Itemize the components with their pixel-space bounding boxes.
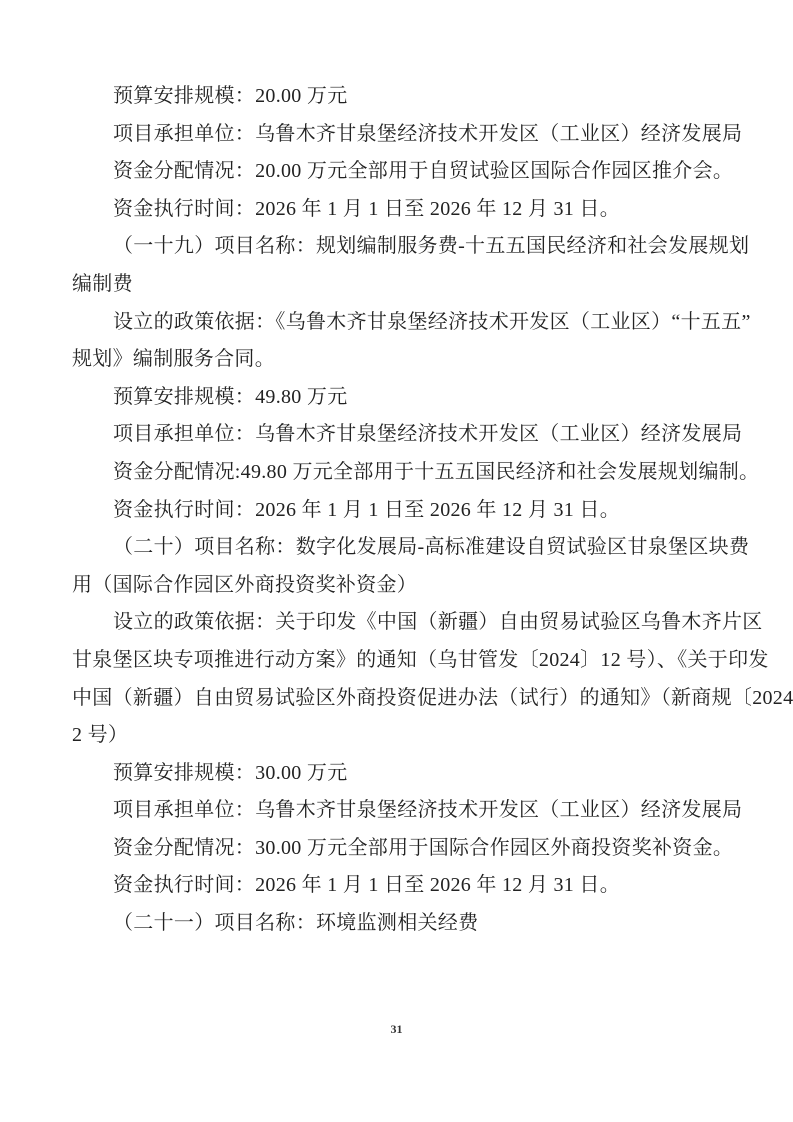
text-line: 资金执行时间：2026 年 1 月 1 日至 2026 年 12 月 31 日。 xyxy=(72,867,727,905)
text-line: 项目承担单位：乌鲁木齐甘泉堡经济技术开发区（工业区）经济发展局 xyxy=(72,416,727,454)
text-line: 资金执行时间：2026 年 1 月 1 日至 2026 年 12 月 31 日。 xyxy=(72,492,727,530)
text-line: 资金分配情况:49.80 万元全部用于十五五国民经济和社会发展规划编制。 xyxy=(72,454,727,492)
text-line: （一十九）项目名称：规划编制服务费-十五五国民经济和社会发展规划 xyxy=(72,228,727,266)
text-line: 设立的政策依据：关于印发《中国（新疆）自由贸易试验区乌鲁木齐片区 xyxy=(72,604,727,642)
text-line: 预算安排规模：49.80 万元 xyxy=(72,379,727,417)
text-line: （二十一）项目名称：环境监测相关经费 xyxy=(72,905,727,943)
text-line: 资金分配情况：20.00 万元全部用于自贸试验区国际合作园区推介会。 xyxy=(72,153,727,191)
text-line: 中国（新疆）自由贸易试验区外商投资促进办法（试行）的通知》（新商规〔2024〕 xyxy=(72,680,727,718)
text-line: 甘泉堡区块专项推进行动方案》的通知（乌甘管发〔2024〕12 号）、《关于印发 xyxy=(72,642,727,680)
text-line: （二十）项目名称：数字化发展局-高标准建设自贸试验区甘泉堡区块费 xyxy=(72,529,727,567)
text-line: 编制费 xyxy=(72,266,727,304)
document-page: 预算安排规模：20.00 万元项目承担单位：乌鲁木齐甘泉堡经济技术开发区（工业区… xyxy=(0,0,793,1122)
text-line: 预算安排规模：20.00 万元 xyxy=(72,78,727,116)
page-number: 31 xyxy=(0,1022,793,1037)
text-line: 项目承担单位：乌鲁木齐甘泉堡经济技术开发区（工业区）经济发展局 xyxy=(72,116,727,154)
text-line: 用（国际合作园区外商投资奖补资金） xyxy=(72,567,727,605)
text-line: 资金分配情况：30.00 万元全部用于国际合作园区外商投资奖补资金。 xyxy=(72,830,727,868)
document-body: 预算安排规模：20.00 万元项目承担单位：乌鲁木齐甘泉堡经济技术开发区（工业区… xyxy=(72,78,727,943)
text-line: 规划》编制服务合同。 xyxy=(72,341,727,379)
text-line: 2 号） xyxy=(72,717,727,755)
text-line: 设立的政策依据：《乌鲁木齐甘泉堡经济技术开发区（工业区）“十五五” xyxy=(72,304,727,342)
text-line: 项目承担单位：乌鲁木齐甘泉堡经济技术开发区（工业区）经济发展局 xyxy=(72,792,727,830)
text-line: 资金执行时间：2026 年 1 月 1 日至 2026 年 12 月 31 日。 xyxy=(72,191,727,229)
text-line: 预算安排规模：30.00 万元 xyxy=(72,755,727,793)
